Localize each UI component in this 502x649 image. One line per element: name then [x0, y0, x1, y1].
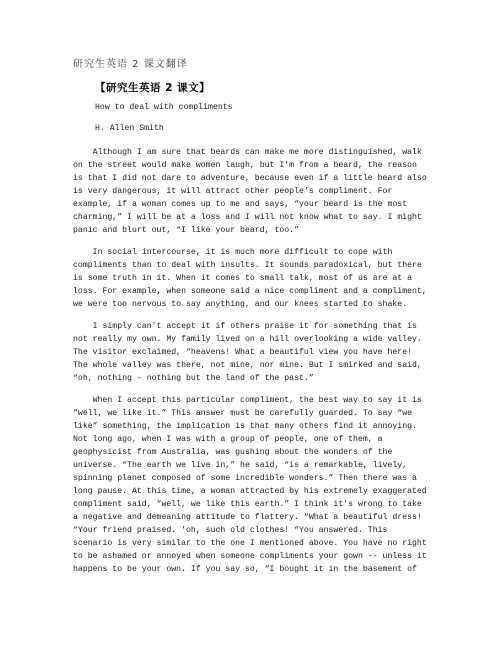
paragraph: In social intercourse, it is much more d… — [73, 246, 443, 311]
paragraph: Although I am sure that beards can make … — [73, 146, 443, 237]
paragraph: When I accept this particular compliment… — [73, 394, 443, 576]
essay-title: How to deal with compliments — [95, 103, 233, 112]
section-heading: 【研究生英语 2 课文】 — [95, 80, 210, 95]
document-page: 研究生英语 2 课文翻译 【研究生英语 2 课文】 How to deal wi… — [0, 0, 502, 649]
doc-title: 研究生英语 2 课文翻译 — [73, 55, 188, 70]
paragraph: I simply can't accept it if others prais… — [73, 320, 443, 385]
essay-body: Although I am sure that beards can make … — [73, 146, 443, 585]
author-line: H. Allen Smith — [95, 124, 164, 133]
